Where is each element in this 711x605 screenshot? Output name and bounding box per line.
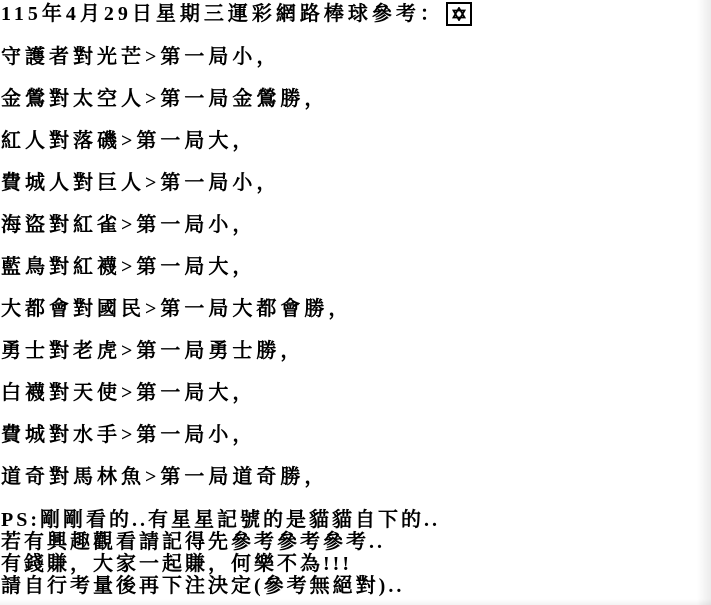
game-line: 費城人對巨人>第一局小，	[1, 173, 701, 194]
game-line: 金鶯對太空人>第一局金鶯勝，	[1, 89, 701, 110]
boxed-star-icon	[446, 2, 472, 26]
game-line: 海盜對紅雀>第一局小，	[1, 215, 701, 236]
postscript-line: 請自行考量後再下注決定(參考無絕對)..	[1, 575, 701, 597]
page-title-text: 115年4月29日星期三運彩網路棒球參考：	[1, 4, 444, 25]
game-line: 道奇對馬林魚>第一局道奇勝，	[1, 467, 701, 488]
game-line: 勇士對老虎>第一局勇士勝，	[1, 341, 701, 362]
game-line: 白襪對天使>第一局大，	[1, 383, 701, 404]
page-title: 115年4月29日星期三運彩網路棒球參考：	[1, 2, 701, 26]
game-line: 紅人對落磯>第一局大，	[1, 131, 701, 152]
postscript-block: PS:剛剛看的..有星星記號的是貓貓自下的.. 若有興趣觀看請記得先參考參考參考…	[1, 509, 701, 597]
postscript-line: 若有興趣觀看請記得先參考參考參考..	[1, 531, 701, 553]
game-line: 大都會對國民>第一局大都會勝，	[1, 299, 701, 320]
document-page: 115年4月29日星期三運彩網路棒球參考： 守護者對光芒>第一局小， 金鶯對太空…	[1, 2, 701, 597]
game-line: 守護者對光芒>第一局小，	[1, 47, 701, 68]
postscript-line: PS:剛剛看的..有星星記號的是貓貓自下的..	[1, 509, 701, 531]
postscript-line: 有錢賺，大家一起賺，何樂不為!!!	[1, 553, 701, 575]
game-line: 費城對水手>第一局小，	[1, 425, 701, 446]
game-line: 藍鳥對紅襪>第一局大，	[1, 257, 701, 278]
page-edge-shadow-bottom	[0, 599, 711, 605]
